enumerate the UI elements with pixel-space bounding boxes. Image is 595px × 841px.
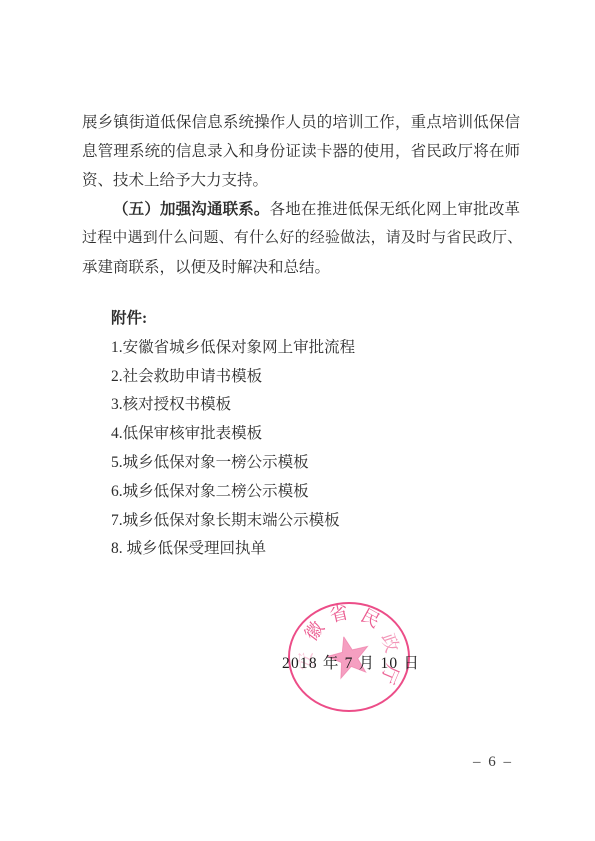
paragraph2-line1-rest: 各地在推进低保无纸化网上审批改革 (270, 201, 520, 218)
paragraph1-line2: 息管理系统的信息录入和身份证读卡器的使用，省民政厅将在师 (82, 137, 520, 166)
attachment-item: 6.城乡低保对象二榜公示模板 (111, 478, 531, 507)
attachments-label: 附件: (111, 305, 531, 334)
attachment-item: 5.城乡低保对象一榜公示模板 (111, 449, 531, 478)
page-number: – 6 – (473, 754, 513, 771)
section-heading: （五）加强沟通联系。 (113, 201, 270, 218)
paragraph1-line3: 资、技术上给予大力支持。 (82, 166, 520, 195)
attachment-item: 8. 城乡低保受理回执单 (111, 535, 531, 564)
document-date: 2018 年 7 月 10 日 (282, 651, 420, 673)
paragraph2-line1: （五）加强沟通联系。各地在推进低保无纸化网上审批改革 (82, 195, 520, 224)
paragraph1-line1: 展乡镇街道低保信息系统操作人员的培训工作，重点培训低保信 (82, 108, 520, 137)
body-text: 展乡镇街道低保信息系统操作人员的培训工作，重点培训低保信 息管理系统的信息录入和… (82, 108, 520, 282)
paragraph2-line3: 承建商联系，以便及时解决和总结。 (82, 253, 520, 282)
attachment-item: 3.核对授权书模板 (111, 391, 531, 420)
attachment-item: 2.社会救助申请书模板 (111, 363, 531, 392)
attachment-item: 7.城乡低保对象长期末端公示模板 (111, 507, 531, 536)
attachment-item: 1.安徽省城乡低保对象网上审批流程 (111, 334, 531, 363)
attachment-item: 4.低保审核审批表模板 (111, 420, 531, 449)
document-page: 展乡镇街道低保信息系统操作人员的培训工作，重点培训低保信 息管理系统的信息录入和… (0, 0, 595, 841)
paragraph2-line2: 过程中遇到什么问题、有什么好的经验做法，请及时与省民政厅、 (82, 224, 520, 253)
attachments-section: 附件: 1.安徽省城乡低保对象网上审批流程 2.社会救助申请书模板 3.核对授权… (111, 305, 531, 564)
